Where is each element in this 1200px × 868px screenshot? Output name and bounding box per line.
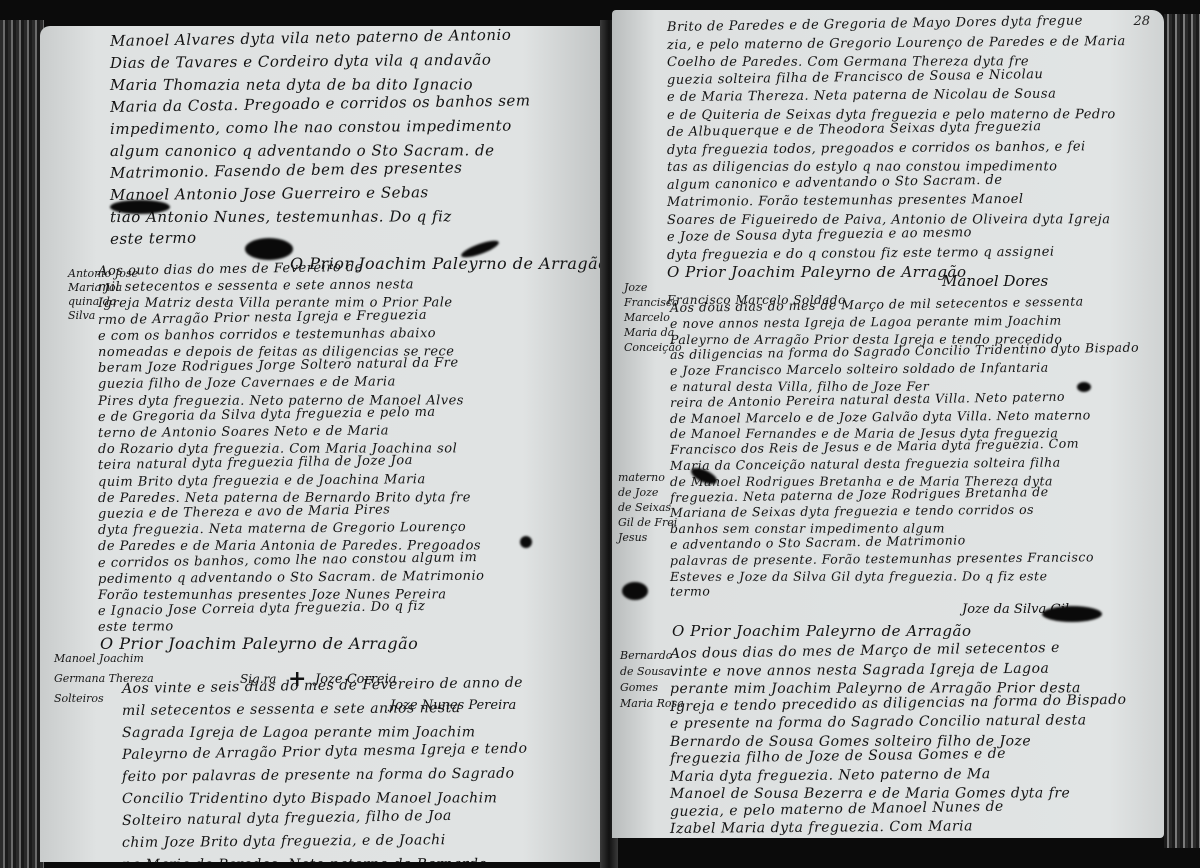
handwritten-line: Solteiro natural dyta freguezia, filho d…: [122, 808, 452, 829]
ink-blot: [1077, 382, 1091, 392]
handwritten-line: Maria Thomazia neta dyta de ba dito Igna…: [110, 75, 473, 94]
page-stack-right: [1164, 14, 1200, 848]
groom-mark: Manoel Dores: [942, 272, 1048, 290]
handwritten-line: Dias de Tavares e Cordeiro dyta vila q a…: [110, 51, 491, 72]
handwritten-line: mil setecentos e sessenta e sete annos n…: [98, 277, 414, 295]
margin-note: de Sousa: [620, 664, 671, 679]
ink-blot: [110, 200, 170, 214]
handwritten-line: Izabel Maria dyta freguezia. Com Maria: [670, 818, 973, 837]
right-signature-2: O Prior Joachim Paleyrno de Arragão: [672, 622, 972, 640]
handwritten-line: Matrimonio. Fasendo de bem des presentes: [110, 158, 463, 182]
ink-blot: [1042, 606, 1102, 622]
handwritten-line: algum canonico q adventando o Sto Sacram…: [110, 141, 495, 160]
handwritten-line: Brito de Paredes e de Gregoria de Mayo D…: [667, 13, 1083, 35]
margin-note: de Seixas: [618, 500, 671, 515]
margin-note: Gil de Frei: [618, 515, 677, 530]
handwritten-line: Maria da Conceição natural desta freguez…: [670, 455, 1061, 473]
handwritten-line: impedimento, como lhe nao constou impedi…: [110, 116, 512, 138]
margin-note: Gomes: [620, 680, 658, 695]
left-signature-2: O Prior Joachim Paleyrno de Arragão: [100, 634, 418, 653]
margin-note: materno: [618, 470, 665, 485]
handwritten-line: este termo: [110, 229, 197, 248]
handwritten-line: Mariana de Seixas dyta freguezia e tendo…: [670, 502, 1034, 520]
handwritten-line: Manoel de Sousa Bezerra e de Maria Gomes…: [670, 785, 1070, 802]
handwritten-line: guezia e de Thereza e avo de Maria Pires: [98, 502, 391, 522]
handwritten-line: pedimento q adventando o Sto Sacram. de …: [98, 568, 485, 586]
left-page: Manoel Alvares dyta vila neto paterno de…: [40, 26, 608, 862]
handwritten-line: dyta freguezia. Neta materna de Gregorio…: [98, 520, 466, 538]
handwritten-line: Paleyrno de Arragão Prior dyta mesma Igr…: [122, 741, 528, 763]
handwritten-line: quim Brito dyta freguezia e de Joachina …: [98, 472, 426, 490]
handwritten-line: Maria dyta freguezia. Neto paterno de Ma: [670, 766, 991, 785]
handwritten-line: e Joze de Sousa dyta freguezia e ao mesm…: [667, 225, 972, 245]
ink-blot: [622, 582, 648, 600]
page-stack-left: [0, 20, 44, 868]
handwritten-line: dyta freguezia e do q constou fiz este t…: [667, 244, 1055, 262]
open-register-book: Manoel Alvares dyta vila neto paterno de…: [0, 0, 1200, 868]
ink-blot: [245, 238, 293, 260]
handwritten-line: dyta freguezia todos, pregoados e corrid…: [667, 139, 1086, 158]
ink-blot: [520, 536, 532, 548]
margin-note: Solteiros: [54, 691, 104, 706]
handwritten-line: de Manoel Marcelo e de Joze Galvão dyta …: [670, 407, 1091, 426]
handwritten-line: e de Maria Thereza. Neta paterna de Nico…: [667, 87, 1056, 105]
handwritten-line: feito por palavras de presente na forma …: [122, 766, 515, 785]
handwritten-line: Esteves e Joze da Silva Gil dyta freguez…: [670, 568, 1047, 584]
handwritten-line: e com os banhos corridos e testemunhas a…: [98, 326, 436, 344]
handwritten-line: Aos dous dias do mes de Março de mil set…: [670, 640, 1060, 662]
handwritten-line: Manoel Alvares dyta vila neto paterno de…: [110, 26, 512, 50]
handwritten-line: Aos outo dias do mes de Fevereiro de: [98, 260, 363, 279]
right-signature-1: O Prior Joachim Paleyrno de Arragão: [667, 263, 967, 281]
handwritten-line: algum canonico e adventando o Sto Sacram…: [667, 172, 1003, 192]
handwritten-line: e Joze Francisco Marcelo solteiro soldad…: [670, 360, 1049, 378]
margin-note: Silva: [68, 308, 95, 323]
handwritten-line: e presente na forma do Sagrado Concilio …: [670, 712, 1087, 732]
handwritten-line: Sagrada Igreja de Lagoa perante mim Joac…: [122, 724, 476, 741]
handwritten-line: vinte e nove annos nesta Sagrada Igreja …: [670, 660, 1049, 679]
handwritten-line: na Maria de Paredes, Neto paterno de Ber…: [122, 856, 487, 862]
handwritten-line: Soares de Figueiredo de Paiva, Antonio d…: [667, 212, 1110, 228]
margin-note: Bernardo: [620, 648, 672, 663]
margin-note: de Joze: [618, 485, 658, 500]
handwritten-line: e nove annos nesta Igreja de Lagoa peran…: [670, 312, 1062, 330]
handwritten-line: Maria da Costa. Pregoado e corridos os b…: [110, 91, 531, 116]
right-page: 28 Brito de Paredes e de Gregoria de May…: [612, 10, 1164, 838]
folio-number: 28: [1133, 14, 1150, 29]
margin-note: Jesus: [618, 530, 647, 545]
handwritten-line: Matrimonio. Forão testemunhas presentes …: [667, 192, 1024, 210]
handwritten-line: termo: [670, 584, 711, 600]
handwritten-line: zia, e pelo materno de Gregorio Lourenço…: [667, 33, 1126, 52]
handwritten-line: e de Quiteria de Seixas dyta freguezia e…: [667, 107, 1116, 123]
handwritten-line: palavras de presente. Forão testemunhas …: [670, 549, 1094, 568]
handwritten-line: chim Joze Brito dyta freguezia, e de Joa…: [122, 832, 446, 851]
margin-note: Joze: [624, 280, 647, 295]
handwritten-line: Concilio Tridentino dyto Bispado Manoel …: [122, 790, 497, 807]
handwritten-line: Aos vinte e seis dias do mes de Fevereir…: [122, 675, 523, 697]
handwritten-line: terno de Antonio Soares Neto e de Maria: [98, 423, 389, 441]
margin-note: Manoel Joachim: [54, 651, 144, 666]
handwritten-line: e adventando o Sto Sacram. de Matrimonio: [670, 532, 966, 552]
margin-note: Marcelo: [624, 310, 670, 325]
margin-note: Maria da: [624, 325, 674, 340]
handwritten-line: guezia filho de Joze Cavernaes e de Mari…: [98, 375, 396, 393]
handwritten-line: teira natural dyta freguezia filha de Jo…: [98, 453, 413, 473]
handwritten-line: mil setecentos e sessenta e sete annos n…: [122, 700, 461, 719]
